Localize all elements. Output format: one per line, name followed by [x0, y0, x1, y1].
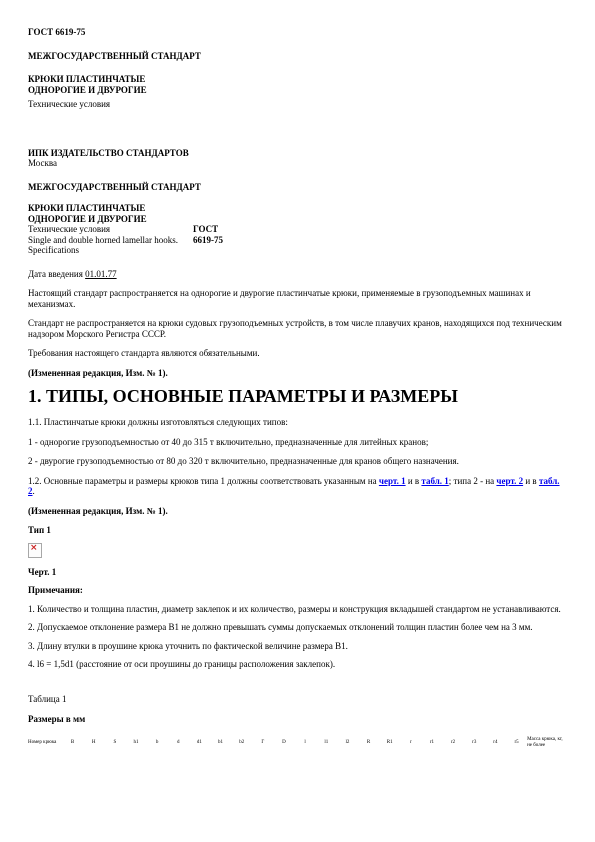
date-label: Дата введения	[28, 269, 85, 279]
paragraph-1-2-text: ; типа 2 - на	[449, 476, 497, 486]
paragraph-1-2-text: .	[33, 486, 35, 496]
document-title-top: КРЮКИ ПЛАСТИНЧАТЫЕ ОДНОРОГИЕ И ДВУРОГИЕ	[28, 74, 567, 95]
table-col: r	[400, 740, 421, 746]
list-item-type-2: 2 - двурогие грузоподъемностью от 80 до …	[28, 456, 567, 467]
table-col: r1	[421, 740, 442, 746]
broken-image-icon: ×	[28, 543, 42, 558]
note-3: 3. Длину втулки в проушине крюка уточнит…	[28, 641, 567, 652]
table-col: B	[62, 740, 83, 746]
main-subtitle-en-1: Single and double horned lamellar hooks.	[28, 235, 208, 246]
list-item-type-1: 1 - однорогие грузоподъемностью от 40 до…	[28, 437, 567, 448]
table-1-header-row: Номер крюка B H S h1 b d d1 b1 b2 Г D l …	[28, 737, 567, 749]
table-col: r3	[464, 740, 485, 746]
main-subtitle-en-2: Specifications	[28, 245, 208, 256]
table-col: h1	[125, 740, 146, 746]
main-title-line-2: ОДНОРОГИЕ И ДВУРОГИЕ	[28, 214, 208, 225]
paragraph-1-2-text: и в	[406, 476, 422, 486]
paragraph-mandatory: Требования настоящего стандарта являются…	[28, 348, 567, 359]
title-block: КРЮКИ ПЛАСТИНЧАТЫЕ ОДНОРОГИЕ И ДВУРОГИЕ …	[28, 203, 567, 256]
amendment-note-1: (Измененная редакция, Изм. № 1).	[28, 368, 567, 379]
date-line: Дата введения 01.01.77	[28, 269, 567, 280]
table-col: r2	[443, 740, 464, 746]
main-subtitle-ru: Технические условия	[28, 224, 208, 235]
amendment-note-2: (Измененная редакция, Изм. № 1).	[28, 506, 567, 517]
title-line-2: ОДНОРОГИЕ И ДВУРОГИЕ	[28, 85, 567, 96]
title-block-left: КРЮКИ ПЛАСТИНЧАТЫЕ ОДНОРОГИЕ И ДВУРОГИЕ …	[28, 203, 208, 256]
gost-code-top: ГОСТ 6619-75	[28, 27, 567, 38]
note-1: 1. Количество и толщина пластин, диаметр…	[28, 604, 567, 615]
table-col-hook-number: Номер крюка	[28, 740, 62, 746]
link-table-1[interactable]: табл. 1	[421, 476, 448, 486]
standard-type-top: МЕЖГОСУДАРСТВЕННЫЙ СТАНДАРТ	[28, 51, 567, 62]
link-fig-1[interactable]: черт. 1	[379, 476, 406, 486]
table-col: l1	[316, 740, 337, 746]
paragraph-1-2-text: и в	[523, 476, 539, 486]
note-2: 2. Допускаемое отклонение размера В1 не …	[28, 622, 567, 633]
figure-1-caption: Черт. 1	[28, 567, 567, 578]
date-value: 01.01.77	[85, 269, 117, 279]
gost-code-line-1: ГОСТ	[193, 224, 223, 235]
table-col: b1	[210, 740, 231, 746]
title-line-1: КРЮКИ ПЛАСТИНЧАТЫЕ	[28, 74, 567, 85]
subtitle-top: Технические условия	[28, 99, 567, 110]
standard-type-main: МЕЖГОСУДАРСТВЕННЫЙ СТАНДАРТ	[28, 182, 567, 193]
type-1-label: Тип 1	[28, 525, 567, 536]
table-col: d	[168, 740, 189, 746]
table-col: H	[83, 740, 104, 746]
table-col-mass: Масса крюка, кг, не более	[527, 737, 567, 749]
paragraph-exclusion: Стандарт не распространяется на крюки су…	[28, 318, 567, 339]
table-col: l	[295, 740, 316, 746]
table-col: r5	[506, 740, 527, 746]
publisher-city: Москва	[28, 158, 567, 169]
table-col: b2	[231, 740, 252, 746]
link-fig-2[interactable]: черт. 2	[496, 476, 523, 486]
table-col: R	[358, 740, 379, 746]
table-col: R1	[379, 740, 400, 746]
main-title-line-1: КРЮКИ ПЛАСТИНЧАТЫЕ	[28, 203, 208, 214]
paragraph-scope: Настоящий стандарт распространяется на о…	[28, 288, 567, 309]
note-4: 4. l6 = 1,5d1 (расстояние от оси проушин…	[28, 659, 567, 670]
broken-image-x-icon: ×	[30, 543, 38, 554]
table-col: Г	[252, 740, 273, 746]
table-col: S	[104, 740, 125, 746]
gost-code-block: ГОСТ 6619-75	[193, 224, 223, 245]
table-col: r4	[485, 740, 506, 746]
table-col: l2	[337, 740, 358, 746]
table-units-label: Размеры в мм	[28, 714, 567, 725]
paragraph-1-2-text: 1.2. Основные параметры и размеры крюков…	[28, 476, 379, 486]
table-col: b	[147, 740, 168, 746]
document-page: ГОСТ 6619-75 МЕЖГОСУДАРСТВЕННЫЙ СТАНДАРТ…	[0, 0, 595, 842]
paragraph-1-2: 1.2. Основные параметры и размеры крюков…	[28, 476, 567, 497]
table-col: d1	[189, 740, 210, 746]
gost-code-line-2: 6619-75	[193, 235, 223, 246]
publisher: ИПК ИЗДАТЕЛЬСТВО СТАНДАРТОВ	[28, 148, 567, 159]
document-content: ГОСТ 6619-75 МЕЖГОСУДАРСТВЕННЫЙ СТАНДАРТ…	[0, 0, 595, 749]
table-col: D	[273, 740, 294, 746]
paragraph-1-1: 1.1. Пластинчатые крюки должны изготовля…	[28, 417, 567, 428]
section-1-heading: 1. ТИПЫ, ОСНОВНЫЕ ПАРАМЕТРЫ И РАЗМЕРЫ	[28, 387, 567, 406]
notes-label: Примечания:	[28, 585, 567, 596]
table-1-label: Таблица 1	[28, 694, 567, 705]
